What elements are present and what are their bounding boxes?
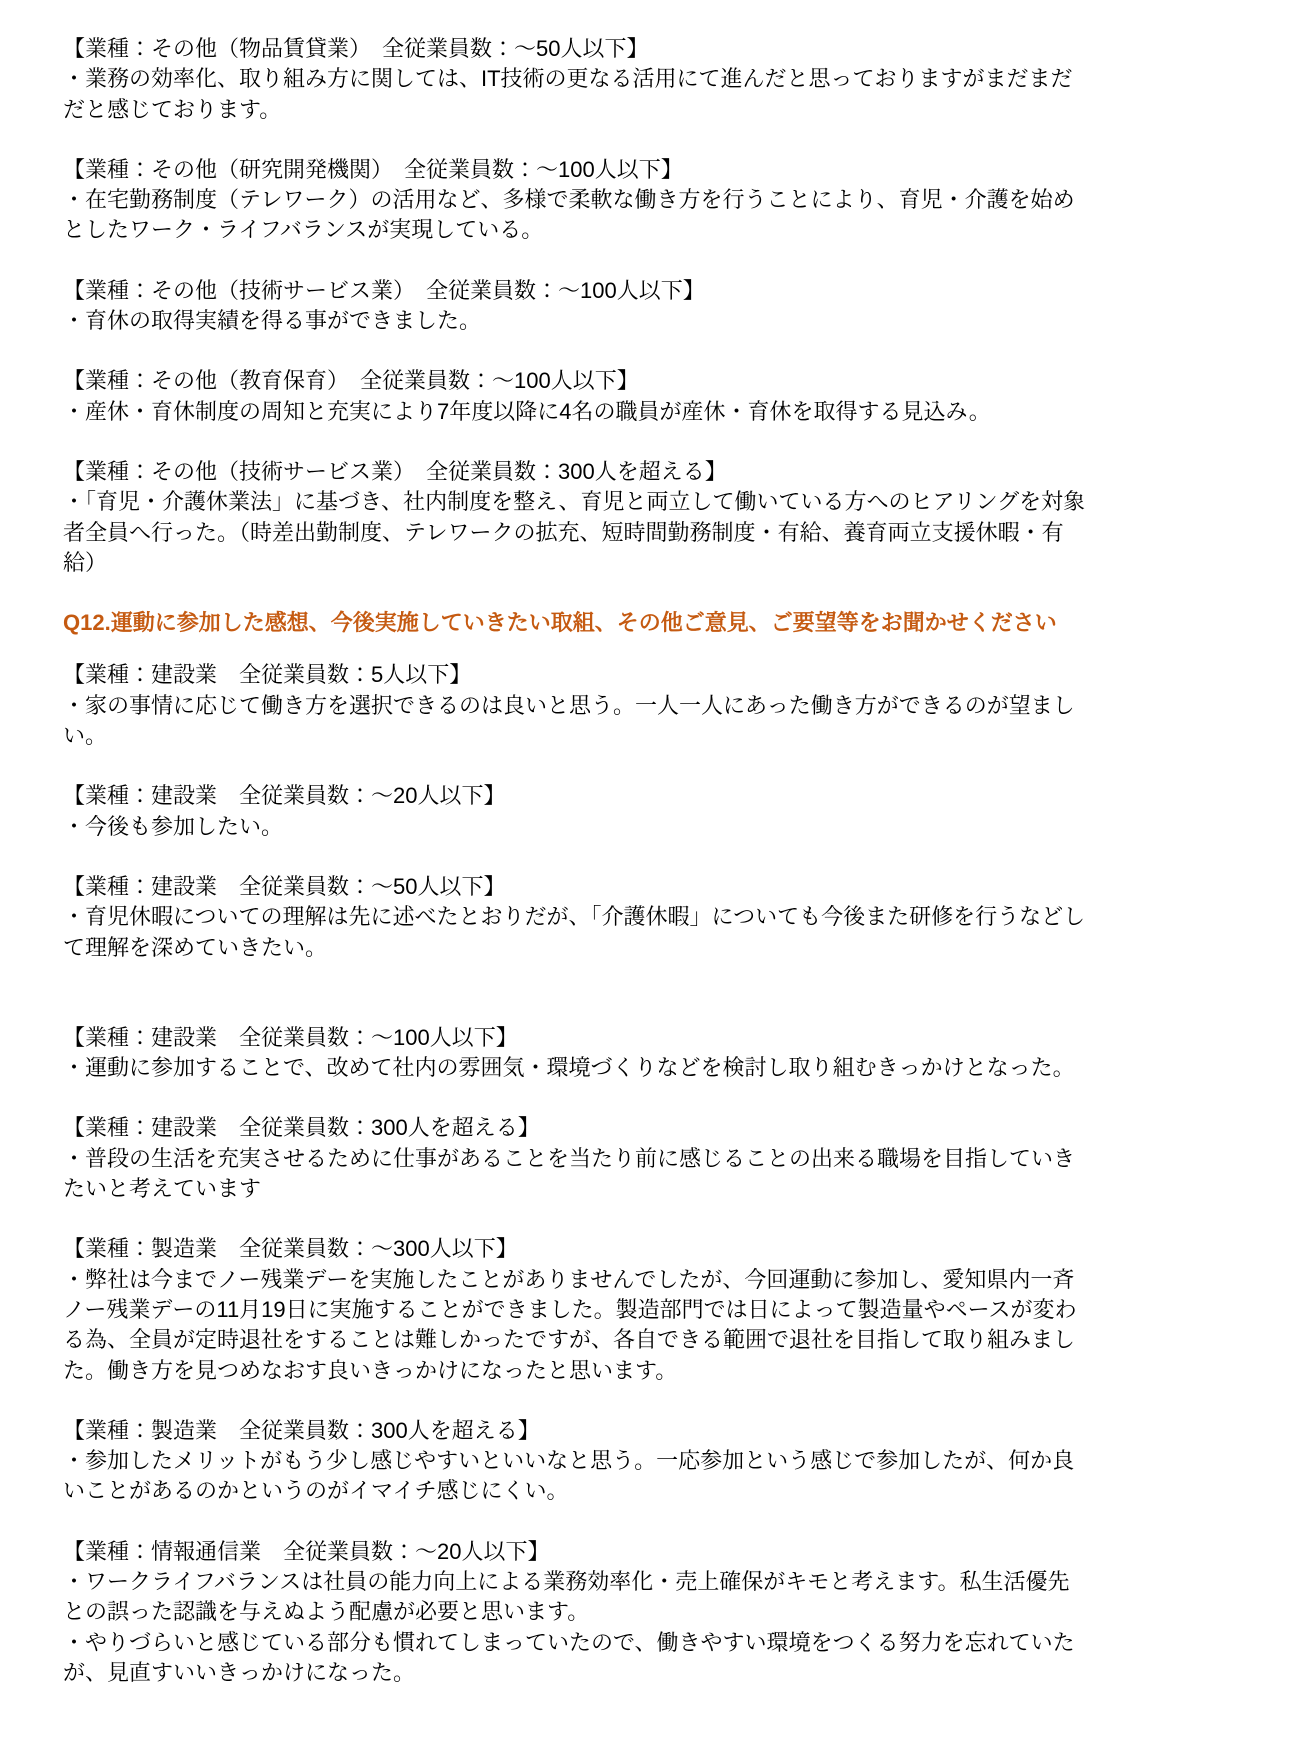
- document-content: 【業種：その他（物品賃貸業） 全従業員数：～50人以下】 ・業務の効率化、取り組…: [63, 34, 1089, 1688]
- response-block: 【業種：その他（教育保育） 全従業員数：～100人以下】 ・産休・育休制度の周知…: [63, 366, 1089, 427]
- industry-size-header: 【業種：建設業 全従業員数：～100人以下】: [63, 1023, 1089, 1053]
- response-block: 【業種：その他（技術サービス業） 全従業員数：～100人以下】 ・育休の取得実績…: [63, 276, 1089, 337]
- comment-text: ・今後も参加したい。: [63, 812, 1089, 842]
- response-block: 【業種：建設業 全従業員数：～20人以下】 ・今後も参加したい。: [63, 781, 1089, 842]
- industry-size-header: 【業種：その他（技術サービス業） 全従業員数：300人を超える】: [63, 457, 1089, 487]
- comment-text: ・業務の効率化、取り組み方に関しては、IT技術の更なる活用にて進んだと思っており…: [63, 64, 1089, 125]
- comment-text: ・育休の取得実績を得る事ができました。: [63, 306, 1089, 336]
- industry-size-header: 【業種：製造業 全従業員数：～300人以下】: [63, 1234, 1089, 1264]
- response-block: 【業種：建設業 全従業員数：～100人以下】 ・運動に参加することで、改めて社内…: [63, 1023, 1089, 1084]
- response-block: 【業種：建設業 全従業員数：～50人以下】 ・育児休暇についての理解は先に述べた…: [63, 872, 1089, 963]
- comment-text: ・在宅勤務制度（テレワーク）の活用など、多様で柔軟な働き方を行うことにより、育児…: [63, 185, 1089, 246]
- response-block: 【業種：その他（研究開発機関） 全従業員数：～100人以下】 ・在宅勤務制度（テ…: [63, 155, 1089, 246]
- comment-text: ・弊社は今までノー残業デーを実施したことがありませんでしたが、今回運動に参加し、…: [63, 1265, 1089, 1386]
- industry-size-header: 【業種：建設業 全従業員数：300人を超える】: [63, 1113, 1089, 1143]
- response-block: 【業種：情報通信業 全従業員数：～20人以下】 ・ワークライフバランスは社員の能…: [63, 1537, 1089, 1688]
- response-block: 【業種：製造業 全従業員数：300人を超える】 ・参加したメリットがもう少し感じ…: [63, 1416, 1089, 1507]
- comment-text: ・家の事情に応じて働き方を選択できるのは良いと思う。一人一人にあった働き方ができ…: [63, 691, 1089, 752]
- response-block: 【業種：その他（物品賃貸業） 全従業員数：～50人以下】 ・業務の効率化、取り組…: [63, 34, 1089, 125]
- response-block: 【業種：その他（技術サービス業） 全従業員数：300人を超える】 ・「育児・介護…: [63, 457, 1089, 578]
- industry-size-header: 【業種：その他（技術サービス業） 全従業員数：～100人以下】: [63, 276, 1089, 306]
- comment-text: ・ワークライフバランスは社員の能力向上による業務効率化・売上確保がキモと考えます…: [63, 1567, 1089, 1628]
- document-page: 【業種：その他（物品賃貸業） 全従業員数：～50人以下】 ・業務の効率化、取り組…: [0, 0, 1300, 1754]
- comment-text: ・運動に参加することで、改めて社内の雰囲気・環境づくりなどを検討し取り組むきっか…: [63, 1053, 1089, 1083]
- industry-size-header: 【業種：建設業 全従業員数：～20人以下】: [63, 781, 1089, 811]
- industry-size-header: 【業種：情報通信業 全従業員数：～20人以下】: [63, 1537, 1089, 1567]
- industry-size-header: 【業種：その他（物品賃貸業） 全従業員数：～50人以下】: [63, 34, 1089, 64]
- comment-text: ・「育児・介護休業法」に基づき、社内制度を整え、育児と両立して働いている方へのヒ…: [63, 487, 1089, 578]
- industry-size-header: 【業種：建設業 全従業員数：5人以下】: [63, 660, 1089, 690]
- response-block: 【業種：建設業 全従業員数：300人を超える】 ・普段の生活を充実させるために仕…: [63, 1113, 1089, 1204]
- industry-size-header: 【業種：その他（研究開発機関） 全従業員数：～100人以下】: [63, 155, 1089, 185]
- comment-text: ・育児休暇についての理解は先に述べたとおりだが、「介護休暇」についても今後また研…: [63, 902, 1089, 963]
- response-block: 【業種：建設業 全従業員数：5人以下】 ・家の事情に応じて働き方を選択できるのは…: [63, 660, 1089, 751]
- question-q12-heading: Q12.運動に参加した感想、今後実施していきたい取組、その他ご意見、ご要望等をお…: [63, 608, 1089, 638]
- comment-text: ・産休・育休制度の周知と充実により7年度以降に4名の職員が産休・育休を取得する見…: [63, 397, 1089, 427]
- comment-text: ・やりづらいと感じている部分も慣れてしまっていたので、働きやすい環境をつくる努力…: [63, 1628, 1089, 1689]
- comment-text: ・普段の生活を充実させるために仕事があることを当たり前に感じることの出来る職場を…: [63, 1144, 1089, 1205]
- response-block: 【業種：製造業 全従業員数：～300人以下】 ・弊社は今までノー残業デーを実施し…: [63, 1234, 1089, 1385]
- industry-size-header: 【業種：製造業 全従業員数：300人を超える】: [63, 1416, 1089, 1446]
- industry-size-header: 【業種：その他（教育保育） 全従業員数：～100人以下】: [63, 366, 1089, 396]
- industry-size-header: 【業種：建設業 全従業員数：～50人以下】: [63, 872, 1089, 902]
- comment-text: ・参加したメリットがもう少し感じやすいといいなと思う。一応参加という感じで参加し…: [63, 1446, 1089, 1507]
